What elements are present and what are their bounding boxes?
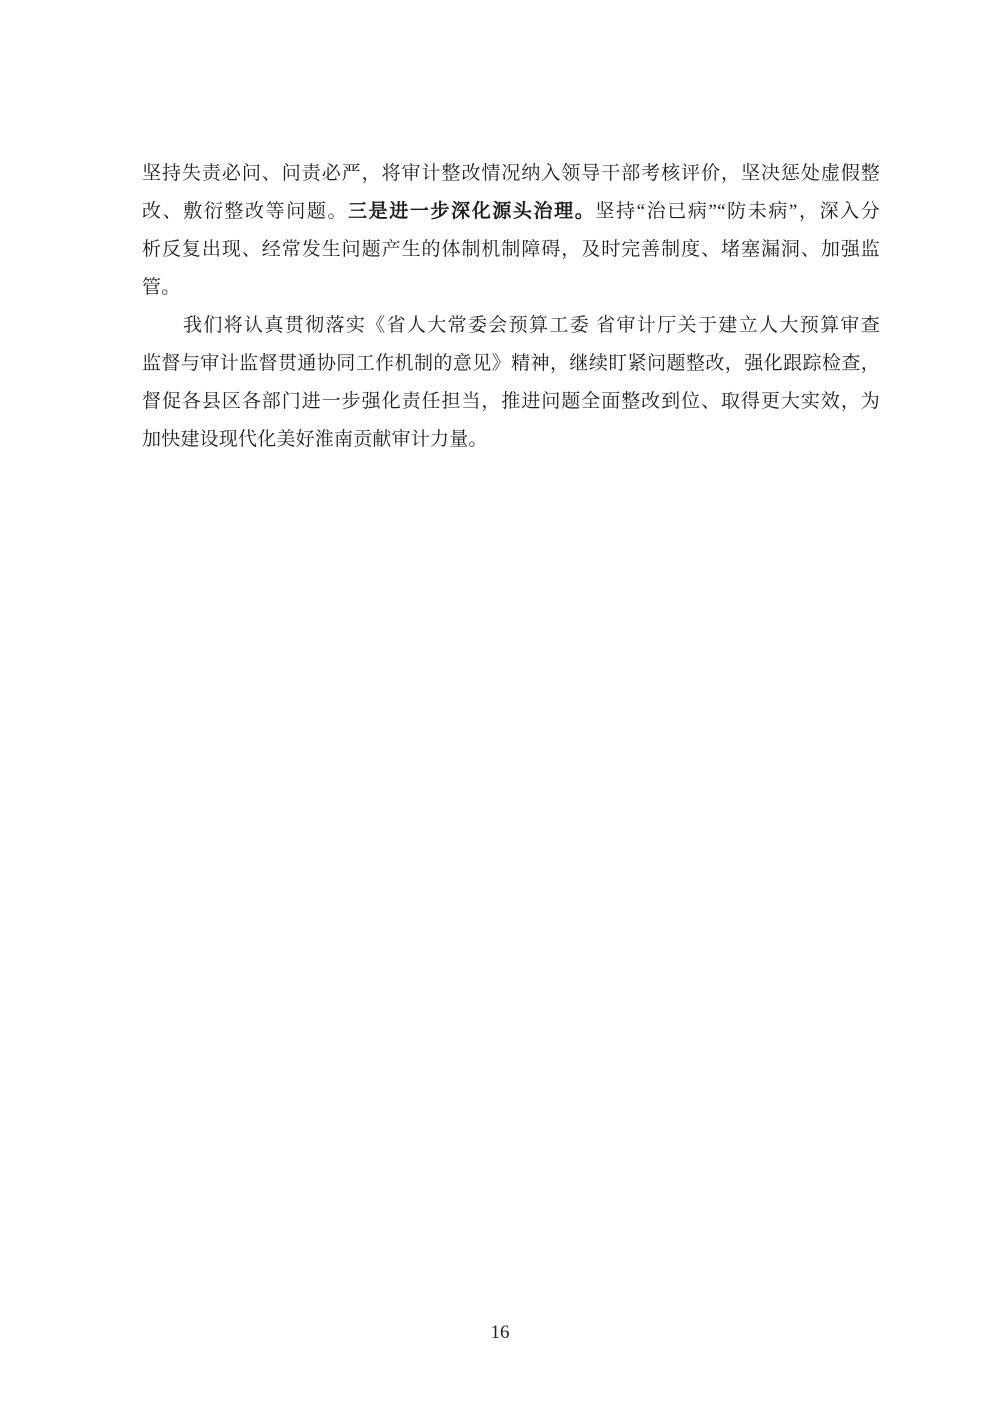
text-line: 管。 (142, 269, 880, 307)
document-text-block: 坚持失责必问、问责必严，将审计整改情况纳入领导干部考核评价，坚决惩处虚假整 改、… (142, 155, 880, 459)
paragraph-text: 加快建设现代化美好淮南贡献审计力量。 (142, 429, 488, 450)
text-line: 坚持失责必问、问责必严，将审计整改情况纳入领导干部考核评价，坚决惩处虚假整 (142, 155, 880, 193)
paragraph-text: 坚持失责必问、问责必严，将审计整改情况纳入领导干部考核评价，坚决惩处虚假整 (142, 163, 880, 184)
text-line: 改、敷衍整改等问题。三是进一步深化源头治理。坚持“治已病”“防未病”，深入分 (142, 193, 880, 231)
page-number: 16 (491, 1322, 510, 1343)
paragraph-text: 监督与审计监督贯通协同工作机制的意见》精神，继续盯紧问题整改，强化跟踪检查， (142, 353, 880, 374)
paragraph-text: 我们将认真贯彻落实《省人大常委会预算工委 省审计厅关于建立人大预算审查 (183, 315, 880, 336)
paragraph-text: 改、敷衍整改等问题。 (142, 201, 348, 222)
bold-emphasis-run: 三是进一步深化源头治理。 (348, 201, 595, 222)
paragraph-text: 坚持“治已病”“防未病”，深入分 (595, 201, 880, 222)
paragraph-text: 督促各县区各部门进一步强化责任担当，推进问题全面整改到位、取得更大实效，为 (142, 391, 880, 412)
text-line: 监督与审计监督贯通协同工作机制的意见》精神，继续盯紧问题整改，强化跟踪检查， (142, 345, 880, 383)
text-line: 析反复出现、经常发生问题产生的体制机制障碍，及时完善制度、堵塞漏洞、加强监 (142, 231, 880, 269)
paragraph-1: 坚持失责必问、问责必严，将审计整改情况纳入领导干部考核评价，坚决惩处虚假整 改、… (142, 155, 880, 307)
text-line: 加快建设现代化美好淮南贡献审计力量。 (142, 421, 880, 459)
page-footer: 16 (0, 1322, 1000, 1344)
text-line: 督促各县区各部门进一步强化责任担当，推进问题全面整改到位、取得更大实效，为 (142, 383, 880, 421)
paragraph-2: 我们将认真贯彻落实《省人大常委会预算工委 省审计厅关于建立人大预算审查 监督与审… (142, 307, 880, 459)
paragraph-text: 管。 (142, 277, 180, 298)
paragraph-text: 析反复出现、经常发生问题产生的体制机制障碍，及时完善制度、堵塞漏洞、加强监 (142, 239, 880, 260)
text-line: 我们将认真贯彻落实《省人大常委会预算工委 省审计厅关于建立人大预算审查 (142, 307, 880, 345)
